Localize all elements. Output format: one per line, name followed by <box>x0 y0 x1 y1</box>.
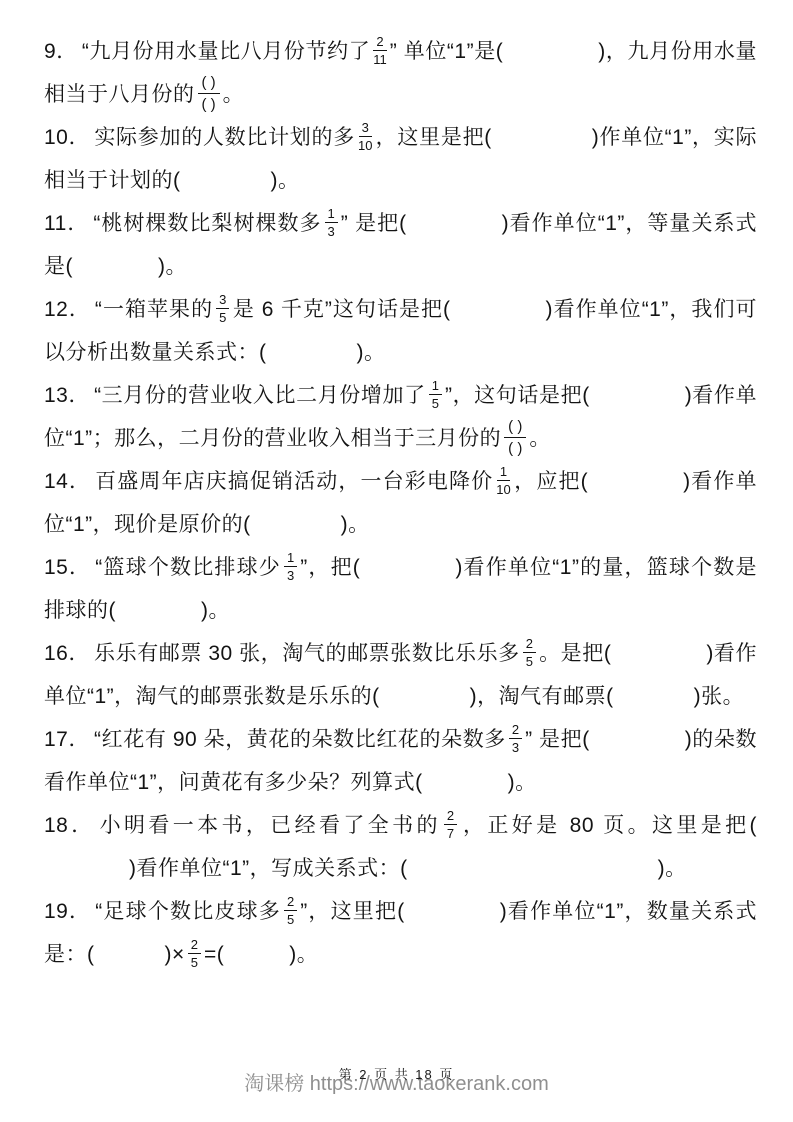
problem-text: 小明看一本书，已经看了全书的 <box>100 814 441 837</box>
problem-9: 9．“九月份用水量比八月份节约了211” 单位“1”是()，九月份用水量相当于八… <box>44 30 757 116</box>
problem-text: ，正好是 80 页。这里是把( <box>460 814 757 837</box>
problem-text: )。 <box>201 599 230 622</box>
problem-text: ” 单位“1”是( <box>390 40 504 63</box>
fraction: 25 <box>523 637 536 668</box>
fraction: 110 <box>496 465 510 496</box>
fraction: 310 <box>358 121 372 152</box>
fraction-numerator: ( ) <box>198 74 220 94</box>
fraction: 27 <box>444 809 457 840</box>
fraction-denominator: 10 <box>496 481 510 496</box>
problem-number: 16． <box>44 642 90 665</box>
problem-text: )，淘气有邮票( <box>470 685 614 708</box>
problem-text: )。 <box>341 513 370 536</box>
problem-text: “篮球个数比排球少 <box>95 556 281 579</box>
problem-text: ”，把( <box>300 556 360 579</box>
fraction-denominator: 11 <box>373 51 387 66</box>
problem-18: 18．小明看一本书，已经看了全书的27，正好是 80 页。这里是把()看作单位“… <box>44 804 757 890</box>
problem-17: 17．“红花有 90 朵，黄花的朵数比红花的朵数多23” 是把()的朵数看作单位… <box>44 718 757 804</box>
fraction-numerator: 1 <box>325 207 338 223</box>
fraction: 25 <box>284 895 297 926</box>
problem-16: 16．乐乐有邮票 30 张，淘气的邮票张数比乐乐多25。是把()看作单位“1”，… <box>44 632 757 718</box>
problem-number: 12． <box>44 298 91 321</box>
fraction-denominator: ( ) <box>202 94 216 112</box>
problem-text: “桃树棵数比梨树棵数多 <box>93 212 321 235</box>
fraction: 13 <box>325 207 338 238</box>
blank-fraction: ( )( ) <box>198 74 220 112</box>
page-number: 第 2 页 共 18 页 <box>0 1064 793 1083</box>
fraction-denominator: 5 <box>287 911 294 926</box>
problem-number: 15． <box>44 556 91 579</box>
problem-text: )。 <box>271 169 300 192</box>
problem-text: )。 <box>289 943 318 966</box>
fraction-numerator: 3 <box>359 121 372 137</box>
fraction-denominator: 10 <box>358 137 372 152</box>
fraction-numerator: 2 <box>373 35 386 51</box>
fraction-numerator: 2 <box>444 809 457 825</box>
fraction: 15 <box>429 379 442 410</box>
problem-text: 实际参加的人数比计划的多 <box>94 126 355 149</box>
problem-text: ” 是把( <box>341 212 407 235</box>
problem-number: 13． <box>44 384 90 407</box>
fraction-numerator: 2 <box>523 637 536 653</box>
problem-text: 。是把( <box>539 642 611 665</box>
problem-text: ，这里是把( <box>375 126 491 149</box>
fraction-numerator: 2 <box>284 895 297 911</box>
problem-text: )张。 <box>694 685 745 708</box>
problem-15: 15．“篮球个数比排球少13”，把()看作单位“1”的量，篮球个数是排球的()。 <box>44 546 757 632</box>
fraction-numerator: 3 <box>216 293 229 309</box>
fraction: 13 <box>284 551 297 582</box>
fraction-numerator: 1 <box>429 379 442 395</box>
problem-text: ”，这句话是把( <box>445 384 590 407</box>
fraction: 35 <box>216 293 229 324</box>
problem-text: )。 <box>158 255 187 278</box>
problem-text: ” 是把( <box>525 728 590 751</box>
problem-text: “三月份的营业收入比二月份增加了 <box>94 384 426 407</box>
problem-number: 9． <box>44 40 78 63</box>
problem-text: =( <box>204 943 224 966</box>
problem-text: )看作单位“1”，写成关系式：( <box>129 857 408 880</box>
problem-text: 百盛周年店庆搞促销活动，一台彩电降价 <box>95 470 493 493</box>
problem-text: )。 <box>357 341 386 364</box>
problem-number: 11． <box>44 212 89 235</box>
problem-11: 11．“桃树棵数比梨树棵数多13” 是把()看作单位“1”，等量关系式是()。 <box>44 202 757 288</box>
problem-text: “一箱苹果的 <box>95 298 213 321</box>
fraction-denominator: ( ) <box>508 438 522 456</box>
fraction: 211 <box>373 35 387 66</box>
problem-list: 9．“九月份用水量比八月份节约了211” 单位“1”是()，九月份用水量相当于八… <box>44 30 757 976</box>
problem-text: 乐乐有邮票 30 张，淘气的邮票张数比乐乐多 <box>94 642 520 665</box>
problem-number: 18． <box>44 814 96 837</box>
fraction-denominator: 5 <box>526 653 533 668</box>
problem-text: 是 6 千克”这句话是把( <box>232 298 450 321</box>
fraction: 25 <box>188 938 201 969</box>
fraction: 23 <box>509 723 522 754</box>
fraction-numerator: 2 <box>509 723 522 739</box>
fraction-numerator: 1 <box>497 465 510 481</box>
problem-text: )。 <box>508 771 537 794</box>
fraction-denominator: 3 <box>287 567 294 582</box>
fraction-denominator: 5 <box>432 395 439 410</box>
blank-fraction: ( )( ) <box>504 418 526 456</box>
fraction-numerator: 2 <box>188 938 201 954</box>
problem-14: 14．百盛周年店庆搞促销活动，一台彩电降价110，应把()看作单位“1”，现价是… <box>44 460 757 546</box>
problem-text: “红花有 90 朵，黄花的朵数比红花的朵数多 <box>94 728 506 751</box>
problem-text: “足球个数比皮球多 <box>95 900 281 923</box>
problem-12: 12．“一箱苹果的35是 6 千克”这句话是把()看作单位“1”，我们可以分析出… <box>44 288 757 374</box>
problem-number: 14． <box>44 470 91 493</box>
problem-text: ，应把( <box>514 470 588 493</box>
problem-19: 19．“足球个数比皮球多25”，这里把()看作单位“1”，数量关系式是：()×2… <box>44 890 757 976</box>
problem-13: 13．“三月份的营业收入比二月份增加了15”，这句话是把()看作单位“1”；那么… <box>44 374 757 460</box>
problem-text: )× <box>165 943 185 966</box>
fraction-denominator: 7 <box>447 825 454 840</box>
fraction-denominator: 5 <box>219 309 226 324</box>
problem-10: 10．实际参加的人数比计划的多310，这里是把()作单位“1”，实际相当于计划的… <box>44 116 757 202</box>
problem-number: 19． <box>44 900 91 923</box>
fraction-numerator: 1 <box>284 551 297 567</box>
problem-text: 。 <box>529 427 551 450</box>
problem-text: 。 <box>223 83 245 106</box>
problem-text: )。 <box>658 857 687 880</box>
problem-number: 10． <box>44 126 90 149</box>
fraction-denominator: 3 <box>512 739 519 754</box>
fraction-denominator: 5 <box>191 954 198 969</box>
problem-text: “九月份用水量比八月份节约了 <box>82 40 370 63</box>
problem-number: 17． <box>44 728 90 751</box>
fraction-denominator: 3 <box>328 223 335 238</box>
fraction-numerator: ( ) <box>504 418 526 438</box>
problem-text: ”，这里把( <box>300 900 404 923</box>
worksheet-page: 9．“九月份用水量比八月份节约了211” 单位“1”是()，九月份用水量相当于八… <box>0 0 793 1122</box>
